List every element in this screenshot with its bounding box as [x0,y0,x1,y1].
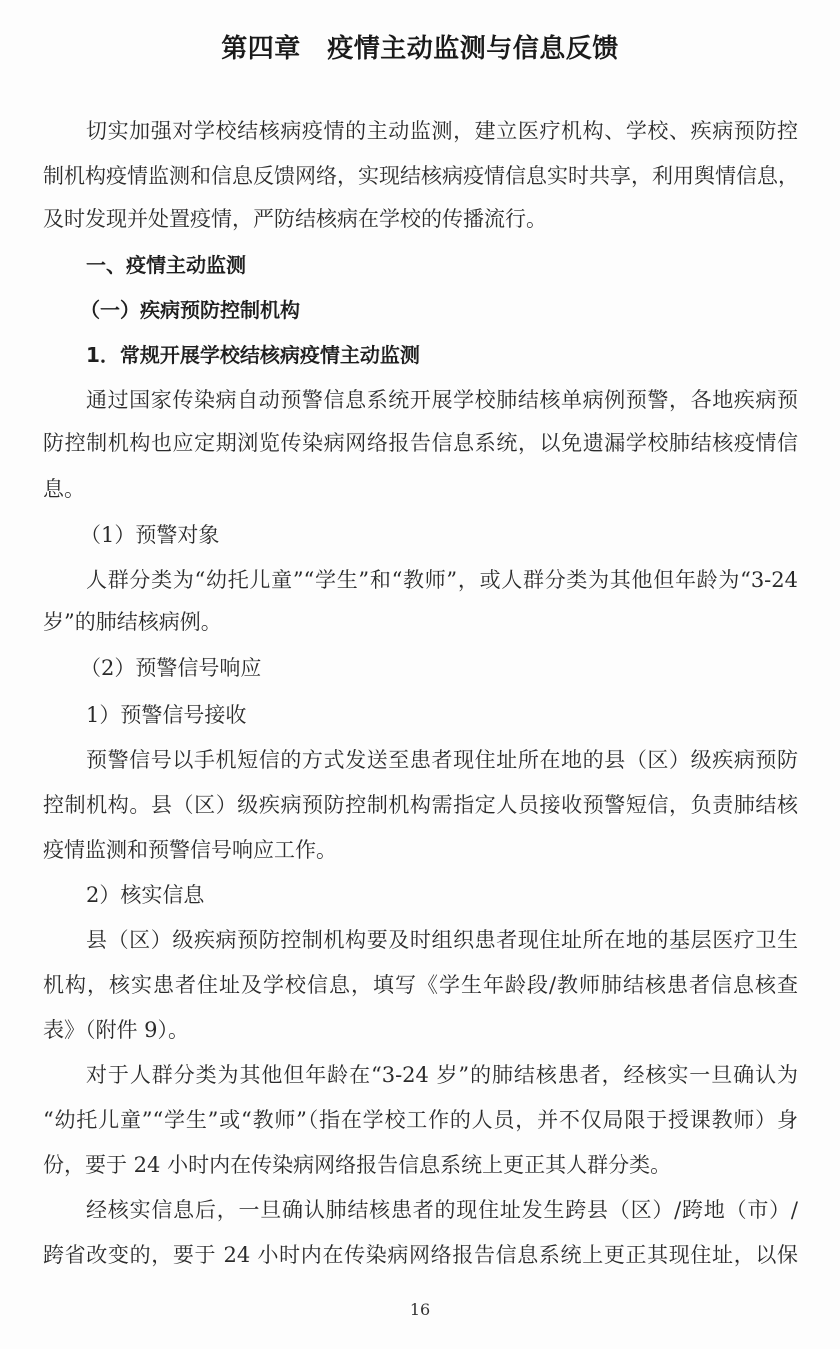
sub2-paragraph2-line: 对于人群分类为其他但年龄在“3-24 岁”的肺结核患者，经核实一旦确认为 [86,1061,798,1089]
sub2-paragraph2-line: 份，要于 24 小时内在传染病网络报告信息系统上更正其人群分类。 [43,1151,798,1179]
item-paragraph-line: 通过国家传染病自动预警信息系统开展学校肺结核单病例预警，各地疾病预 [86,386,798,414]
item-paragraph-line: 防控制机构也应定期浏览传染病网络报告信息系统，以免遗漏学校肺结核疫情信 [43,429,798,457]
chapter-title: 第四章 疫情主动监测与信息反馈 [0,28,840,65]
point2-heading: （2）预警信号响应 [80,654,792,682]
sub2-paragraph2-line: “幼托儿童”“学生”或“教师”（指在学校工作的人员，并不仅局限于授课教师）身 [43,1106,798,1134]
sub2-paragraph1-line: 机构，核实患者住址及学校信息，填写《学生年龄段/教师肺结核患者信息核查 [43,971,798,999]
intro-paragraph-line: 制机构疫情监测和信息反馈网络，实现结核病疫情信息实时共享，利用舆情信息， [43,162,798,190]
sub1-paragraph-line: 控制机构。县（区）级疾病预防控制机构需指定人员接收预警短信，负责肺结核 [43,791,798,819]
point1-paragraph-line: 岁”的肺结核病例。 [43,608,798,636]
subsection-heading: （一）疾病预防控制机构 [80,296,792,324]
section-heading: 一、疫情主动监测 [86,251,798,279]
sub1-paragraph-line: 预警信号以手机短信的方式发送至患者现住址所在地的县（区）级疾病预防 [86,746,798,774]
document-page: 第四章 疫情主动监测与信息反馈 切实加强对学校结核病疫情的主动监测，建立医疗机构… [0,0,840,1349]
item-heading: 1．常规开展学校结核病疫情主动监测 [86,341,798,369]
sub2-paragraph3-line: 跨省改变的，要于 24 小时内在传染病网络报告信息系统上更正其现住址，以保 [43,1241,798,1269]
sub1-heading: 1）预警信号接收 [86,701,798,729]
intro-paragraph-line: 切实加强对学校结核病疫情的主动监测，建立医疗机构、学校、疾病预防控 [86,117,798,145]
item-paragraph-line: 息。 [43,475,798,503]
sub1-paragraph-line: 疫情监测和预警信号响应工作。 [43,836,798,864]
sub2-heading: 2）核实信息 [86,881,798,909]
point1-paragraph-line: 人群分类为“幼托儿童”“学生”和“教师”，或人群分类为其他但年龄为“3-24 [86,566,798,594]
sub2-paragraph3-line: 经核实信息后，一旦确认肺结核患者的现住址发生跨县（区）/跨地（市）/ [86,1196,798,1224]
page-number: 16 [0,1300,840,1319]
sub2-paragraph1-line: 县（区）级疾病预防控制机构要及时组织患者现住址所在地的基层医疗卫生 [86,926,798,954]
intro-paragraph-line: 及时发现并处置疫情，严防结核病在学校的传播流行。 [43,205,798,233]
sub2-paragraph1-line: 表》（附件 9）。 [43,1016,798,1044]
point1-heading: （1）预警对象 [80,521,792,549]
